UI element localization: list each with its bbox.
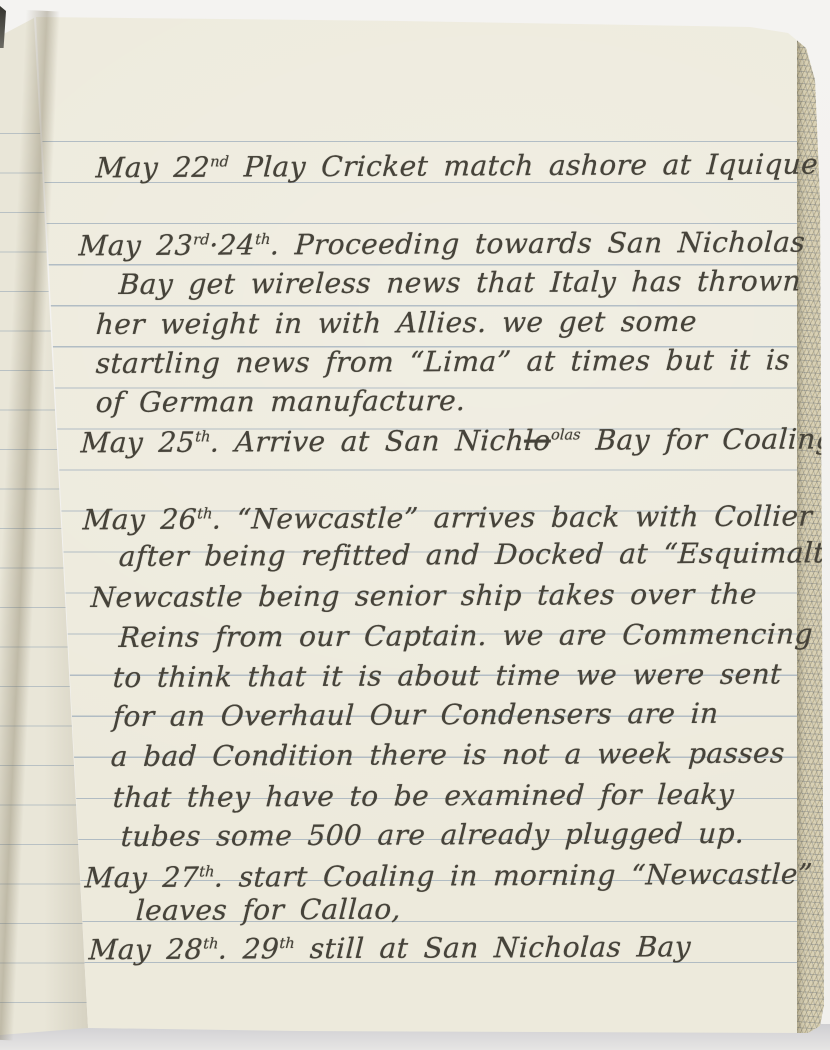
text-segment: May 26 — [82, 503, 198, 537]
text-segment: . Proceeding towards San Nicholas — [269, 226, 806, 262]
diary-line-may-26-9: tubes some 500 are already plugged up. — [120, 817, 745, 854]
text-segment: Reins from our Captain. we are Commencin… — [118, 617, 814, 654]
text-segment: nd — [210, 153, 229, 170]
text-segment: Bay for Coaling. — [580, 422, 830, 456]
text-segment: for an Overhaul Our Condensers are in — [112, 697, 719, 733]
diary-line-may-26-6: for an Overhaul Our Condensers are in — [112, 697, 719, 734]
text-segment: . start Coaling in morning “Newcastle” — [213, 858, 813, 894]
text-segment: May 27 — [84, 861, 200, 895]
text-segment: th — [195, 428, 211, 445]
text-segment: ·24 — [208, 228, 255, 261]
text-segment: May 23 — [78, 229, 194, 263]
diary-line-may-23-24-2: Bay get wireless news that Italy has thr… — [118, 264, 802, 302]
diary-line-may-26-4: Reins from our Captain. we are Commencin… — [118, 617, 814, 655]
diary-line-may-23-24-3: her weight in with Allies. we get some — [95, 305, 698, 342]
text-segment: th — [199, 863, 215, 880]
text-segment: that they have to be examined for leaky — [112, 778, 735, 814]
text-segment: th — [255, 231, 271, 248]
diary-line-may-26-8: that they have to be examined for leaky — [112, 778, 735, 815]
text-segment: th — [197, 505, 213, 522]
diary-page: May 22nd Play Cricket match ashore at Iq… — [0, 0, 830, 1050]
text-segment: Bay get wireless news that Italy has thr… — [118, 264, 802, 301]
diary-line-may-27-1: May 27th. start Coaling in morning “Newc… — [84, 852, 814, 895]
notebook-photo: May 22nd Play Cricket match ashore at Iq… — [0, 0, 830, 1050]
text-segment: lo — [523, 424, 551, 457]
text-segment: th — [279, 935, 295, 952]
text-segment: Newcastle being senior ship takes over t… — [90, 578, 758, 614]
text-segment: a bad Condition there is not a week pass… — [110, 736, 786, 773]
diary-line-may-25: May 25th. Arrive at San Nichloolas Bay f… — [80, 417, 830, 460]
diary-line-may-22: May 22nd Play Cricket match ashore at Iq… — [95, 142, 819, 185]
text-segment: leaves for Callao, — [135, 893, 402, 927]
diary-line-may-26-7: a bad Condition there is not a week pass… — [110, 736, 786, 774]
diary-line-may-26-5: to think that it is about time we were s… — [112, 657, 783, 695]
text-segment: tubes some 500 are already plugged up. — [120, 817, 745, 853]
diary-line-may-23-24-1: May 23rd·24th. Proceeding towards San Ni… — [78, 220, 806, 263]
diary-line-may-28-29: May 28th. 29th still at San Nicholas Bay — [88, 925, 692, 967]
text-segment: Play Cricket match ashore at Iquique — [228, 148, 819, 184]
text-segment: May 28 — [88, 933, 204, 967]
text-segment: May 25 — [80, 426, 196, 460]
diary-line-may-26-2: after being refitted and Docked at “Esqu… — [118, 536, 830, 574]
text-segment: rd — [193, 231, 210, 248]
diary-line-may-26-1: May 26th. “Newcastle” arrives back with … — [82, 494, 813, 537]
text-segment: of German manufacture. — [95, 384, 466, 419]
text-segment: olas — [551, 426, 581, 443]
text-segment: still at San Nicholas Bay — [294, 930, 692, 965]
text-segment: . 29 — [217, 932, 280, 965]
text-segment: . “Newcastle” arrives back with Collier — [211, 500, 813, 536]
diary-line-may-23-24-4: startling news from “Lima” at times but … — [95, 343, 791, 381]
text-segment: to think that it is about time we were s… — [112, 657, 782, 694]
text-segment: after being refitted and Docked at “Esqu… — [118, 536, 830, 573]
text-segment: . Arrive at San Nich — [209, 424, 524, 459]
text-segment: th — [203, 935, 219, 952]
handwriting-block: May 22nd Play Cricket match ashore at Iq… — [0, 0, 830, 1050]
diary-line-may-23-24-5: of German manufacture. — [95, 384, 466, 420]
text-segment: May 22 — [95, 151, 211, 185]
diary-line-may-26-3: Newcastle being senior ship takes over t… — [90, 578, 758, 615]
text-segment: startling news from “Lima” at times but … — [95, 343, 791, 380]
diary-line-may-27-2: leaves for Callao, — [135, 893, 402, 928]
text-segment: her weight in with Allies. we get some — [95, 305, 698, 341]
